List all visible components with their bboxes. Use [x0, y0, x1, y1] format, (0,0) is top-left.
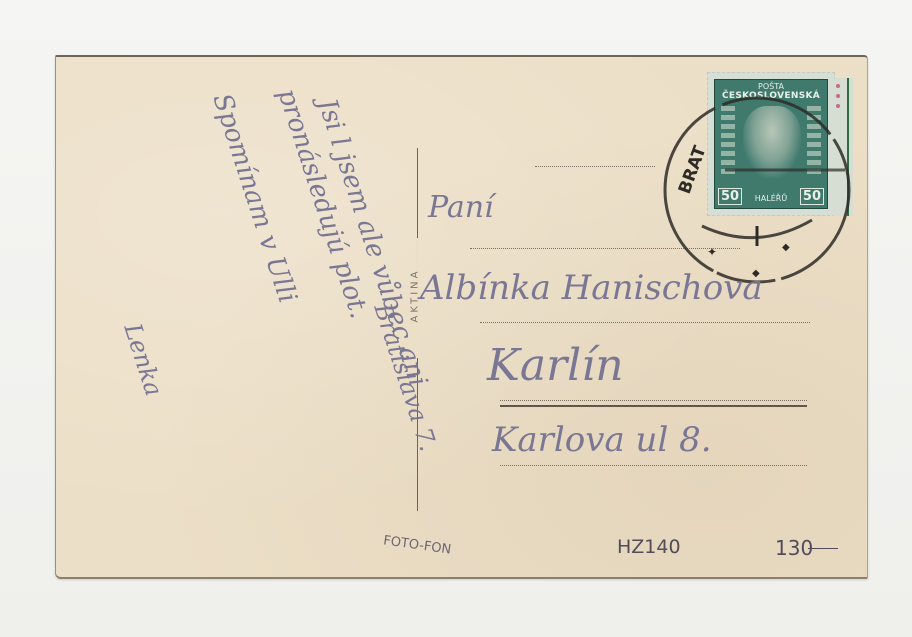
address-name: Albínka Hanischova [420, 268, 763, 308]
catalog-code: HZ140 [617, 536, 681, 558]
address-salutation: Paní [428, 190, 494, 225]
svg-text:◆: ◆ [782, 242, 790, 253]
address-city: Karlín [487, 340, 624, 391]
address-street: Karlova ul 8. [492, 420, 712, 460]
svg-text:✦: ✦ [707, 245, 717, 259]
price-dash [808, 548, 838, 549]
